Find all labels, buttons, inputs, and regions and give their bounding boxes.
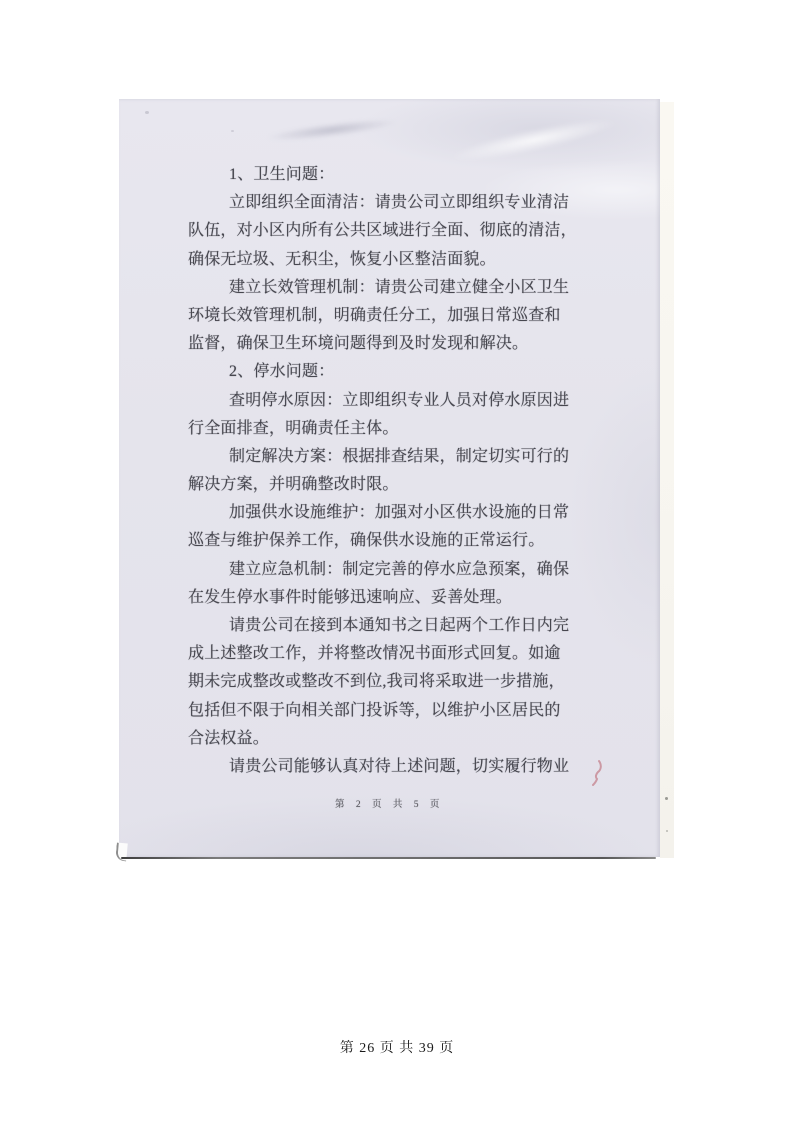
paper-speck xyxy=(145,111,149,114)
text-line: 加强供水设施维护：加强对小区供水设施的日常 xyxy=(188,499,620,527)
text-line: 期未完成整改或整改不到位,我司将采取进一步措施， xyxy=(188,668,620,696)
text-line: 建立应急机制：制定完善的停水应急预案，确保 xyxy=(188,556,620,584)
text-line: 2、停水问题： xyxy=(188,358,620,386)
scan-speck xyxy=(666,830,668,832)
paper-corner-curl xyxy=(115,843,128,862)
text-line: 建立长效管理机制：请贵公司建立健全小区卫生 xyxy=(188,274,620,302)
text-line: 请贵公司在接到本通知书之日起两个工作日内完 xyxy=(188,612,620,640)
text-line: 请贵公司能够认真对待上述问题，切实履行物业 xyxy=(188,753,620,781)
text-line: 巡查与维护保养工作，确保供水设施的正常运行。 xyxy=(188,527,620,555)
scan-speck xyxy=(665,797,668,800)
text-line: 查明停水原因：立即组织专业人员对停水原因进 xyxy=(188,387,620,415)
text-line: 确保无垃圾、无积尘，恢复小区整洁面貌。 xyxy=(188,246,620,274)
scanned-page-image: 1、卫生问题：立即组织全面清洁：请贵公司立即组织专业清洁队伍，对小区内所有公共区… xyxy=(119,99,674,860)
text-line: 成上述整改工作，并将整改情况书面形式回复。如逾 xyxy=(188,640,620,668)
text-line: 队伍，对小区内所有公共区域进行全面、彻底的清洁， xyxy=(188,217,620,245)
paper-speck xyxy=(231,130,234,132)
scan-paper: 1、卫生问题：立即组织全面清洁：请贵公司立即组织专业清洁队伍，对小区内所有公共区… xyxy=(119,99,660,857)
text-line: 在发生停水事件时能够迅速响应、妥善处理。 xyxy=(188,584,620,612)
text-line: 监督，确保卫生环境问题得到及时发现和解决。 xyxy=(188,330,620,358)
text-line: 立即组织全面清洁：请贵公司立即组织专业清洁 xyxy=(188,189,620,217)
pen-mark-icon xyxy=(590,758,606,788)
text-line: 环境长效管理机制，明确责任分工，加强日常巡查和 xyxy=(188,302,620,330)
text-line: 包括但不限于向相关部门投诉等，以维护小区居民的 xyxy=(188,697,620,725)
paper-highlight xyxy=(449,112,620,169)
scan-text: 1、卫生问题：立即组织全面清洁：请贵公司立即组织专业清洁队伍，对小区内所有公共区… xyxy=(188,161,620,781)
text-line: 合法权益。 xyxy=(188,725,620,753)
paper-smudge xyxy=(267,115,398,145)
text-line: 1、卫生问题： xyxy=(188,161,620,189)
document-page-number: 第 26 页 共 39 页 xyxy=(0,1040,794,1058)
text-line: 行全面排查，明确责任主体。 xyxy=(188,415,620,443)
text-line: 解决方案，并明确整改时限。 xyxy=(188,471,620,499)
scan-edge-strip xyxy=(660,102,674,858)
scan-page-number: 第 2 页 共 5 页 xyxy=(119,798,660,812)
text-line: 制定解决方案：根据排查结果，制定切实可行的 xyxy=(188,443,620,471)
